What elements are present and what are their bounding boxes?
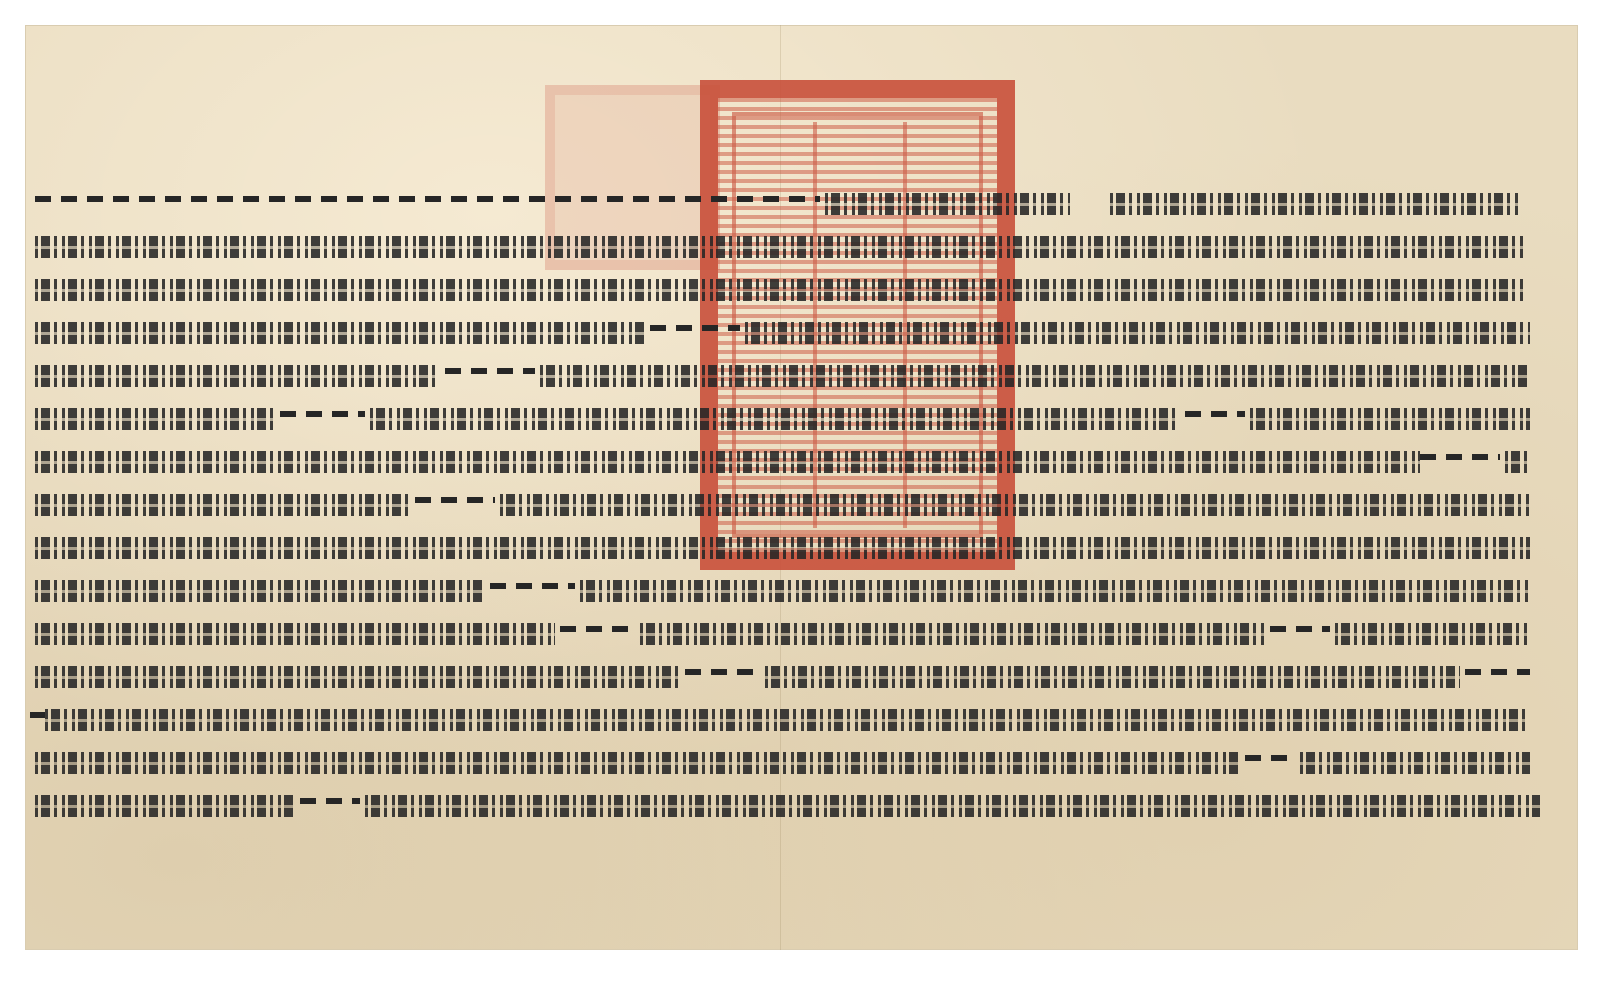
script-text-segment [35,658,680,688]
script-text-segment [35,529,1530,559]
manuscript-line [25,486,1578,516]
manuscript-line [25,701,1578,731]
dash-filler [280,411,365,417]
manuscript-line [25,271,1578,301]
manuscript-line [25,615,1578,645]
script-text-segment [35,615,555,645]
document-description: Handwritten manuscript in a vertical-str… [25,25,26,26]
dash-filler [1420,454,1500,460]
dash-filler [1185,411,1245,417]
manuscript-line [25,314,1578,344]
script-text-segment [35,443,1420,473]
script-text-segment [1300,744,1530,774]
manuscript-line [25,400,1578,430]
script-text-segment [825,185,1070,215]
manuscript-line [25,185,1578,215]
script-text-segment [35,271,1525,301]
dash-filler [1270,626,1330,632]
manuscript-line [25,357,1578,387]
manuscript-line [25,443,1578,473]
script-text-segment [1110,185,1520,215]
dash-filler [35,196,820,202]
dash-filler [650,325,740,331]
script-text-segment [745,314,1530,344]
script-text-segment [1335,615,1530,645]
script-text-segment [500,486,1530,516]
dash-filler [685,669,760,675]
manuscript-line [25,572,1578,602]
script-text-segment [580,572,1530,602]
script-text-segment [35,486,410,516]
dash-filler [445,368,535,374]
manuscript-line [25,787,1578,817]
script-text-segment [540,357,1530,387]
script-text-segment [35,228,1525,258]
script-text-segment [365,787,1540,817]
dash-filler [300,798,360,804]
dash-filler [490,583,575,589]
script-text-segment [35,744,1240,774]
dash-filler [560,626,635,632]
script-text-segment [35,400,275,430]
manuscript-line [25,228,1578,258]
dash-filler [1245,755,1295,761]
script-text-segment [35,572,485,602]
script-text-segment [1505,443,1530,473]
dash-filler [415,497,495,503]
script-text-segment [765,658,1460,688]
script-text-segment [370,400,1180,430]
manuscript-line [25,529,1578,559]
manuscript-line [25,744,1578,774]
manuscript-line [25,658,1578,688]
script-text-segment [640,615,1265,645]
script-text-segment [35,357,440,387]
script-text-segment [45,701,1530,731]
dash-filler [30,712,45,718]
script-text-segment [1250,400,1530,430]
dash-filler [1465,669,1530,675]
manuscript-paper: Handwritten manuscript in a vertical-str… [25,25,1578,950]
script-text-segment [35,787,295,817]
script-text-segment [35,314,645,344]
